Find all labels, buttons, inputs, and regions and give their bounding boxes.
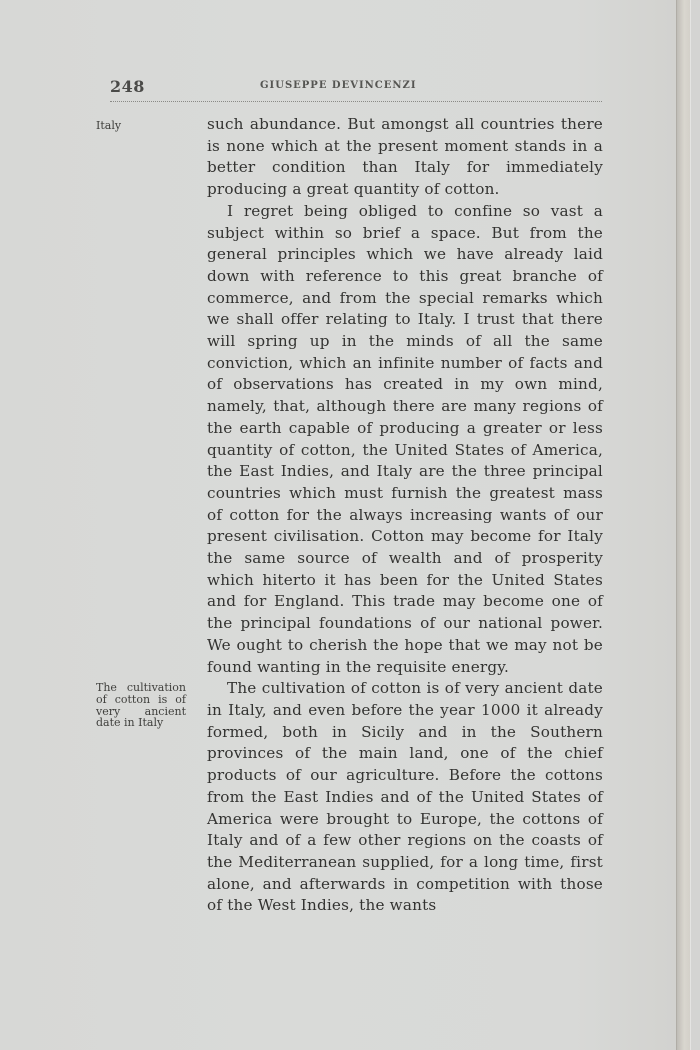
sidenote-cultivation: The cultivation of cotton is of very anc… <box>96 682 186 729</box>
sidenote-italy: Italy <box>96 120 146 132</box>
page-edge-right <box>690 0 700 1050</box>
page-number: 248 <box>110 77 145 96</box>
paragraph-cultivation: The cultivation of cotton is of very anc… <box>207 678 603 917</box>
page-header: 248 GIUSEPPE DEVINCENZI <box>110 77 602 97</box>
paragraph-continued: such abundance. But amongst all countrie… <box>207 114 603 201</box>
running-head: GIUSEPPE DEVINCENZI <box>260 80 417 91</box>
header-rule <box>110 101 602 102</box>
body-text: such abundance. But amongst all countrie… <box>207 114 603 917</box>
paragraph-regret: I regret being obliged to confine so vas… <box>207 201 603 678</box>
